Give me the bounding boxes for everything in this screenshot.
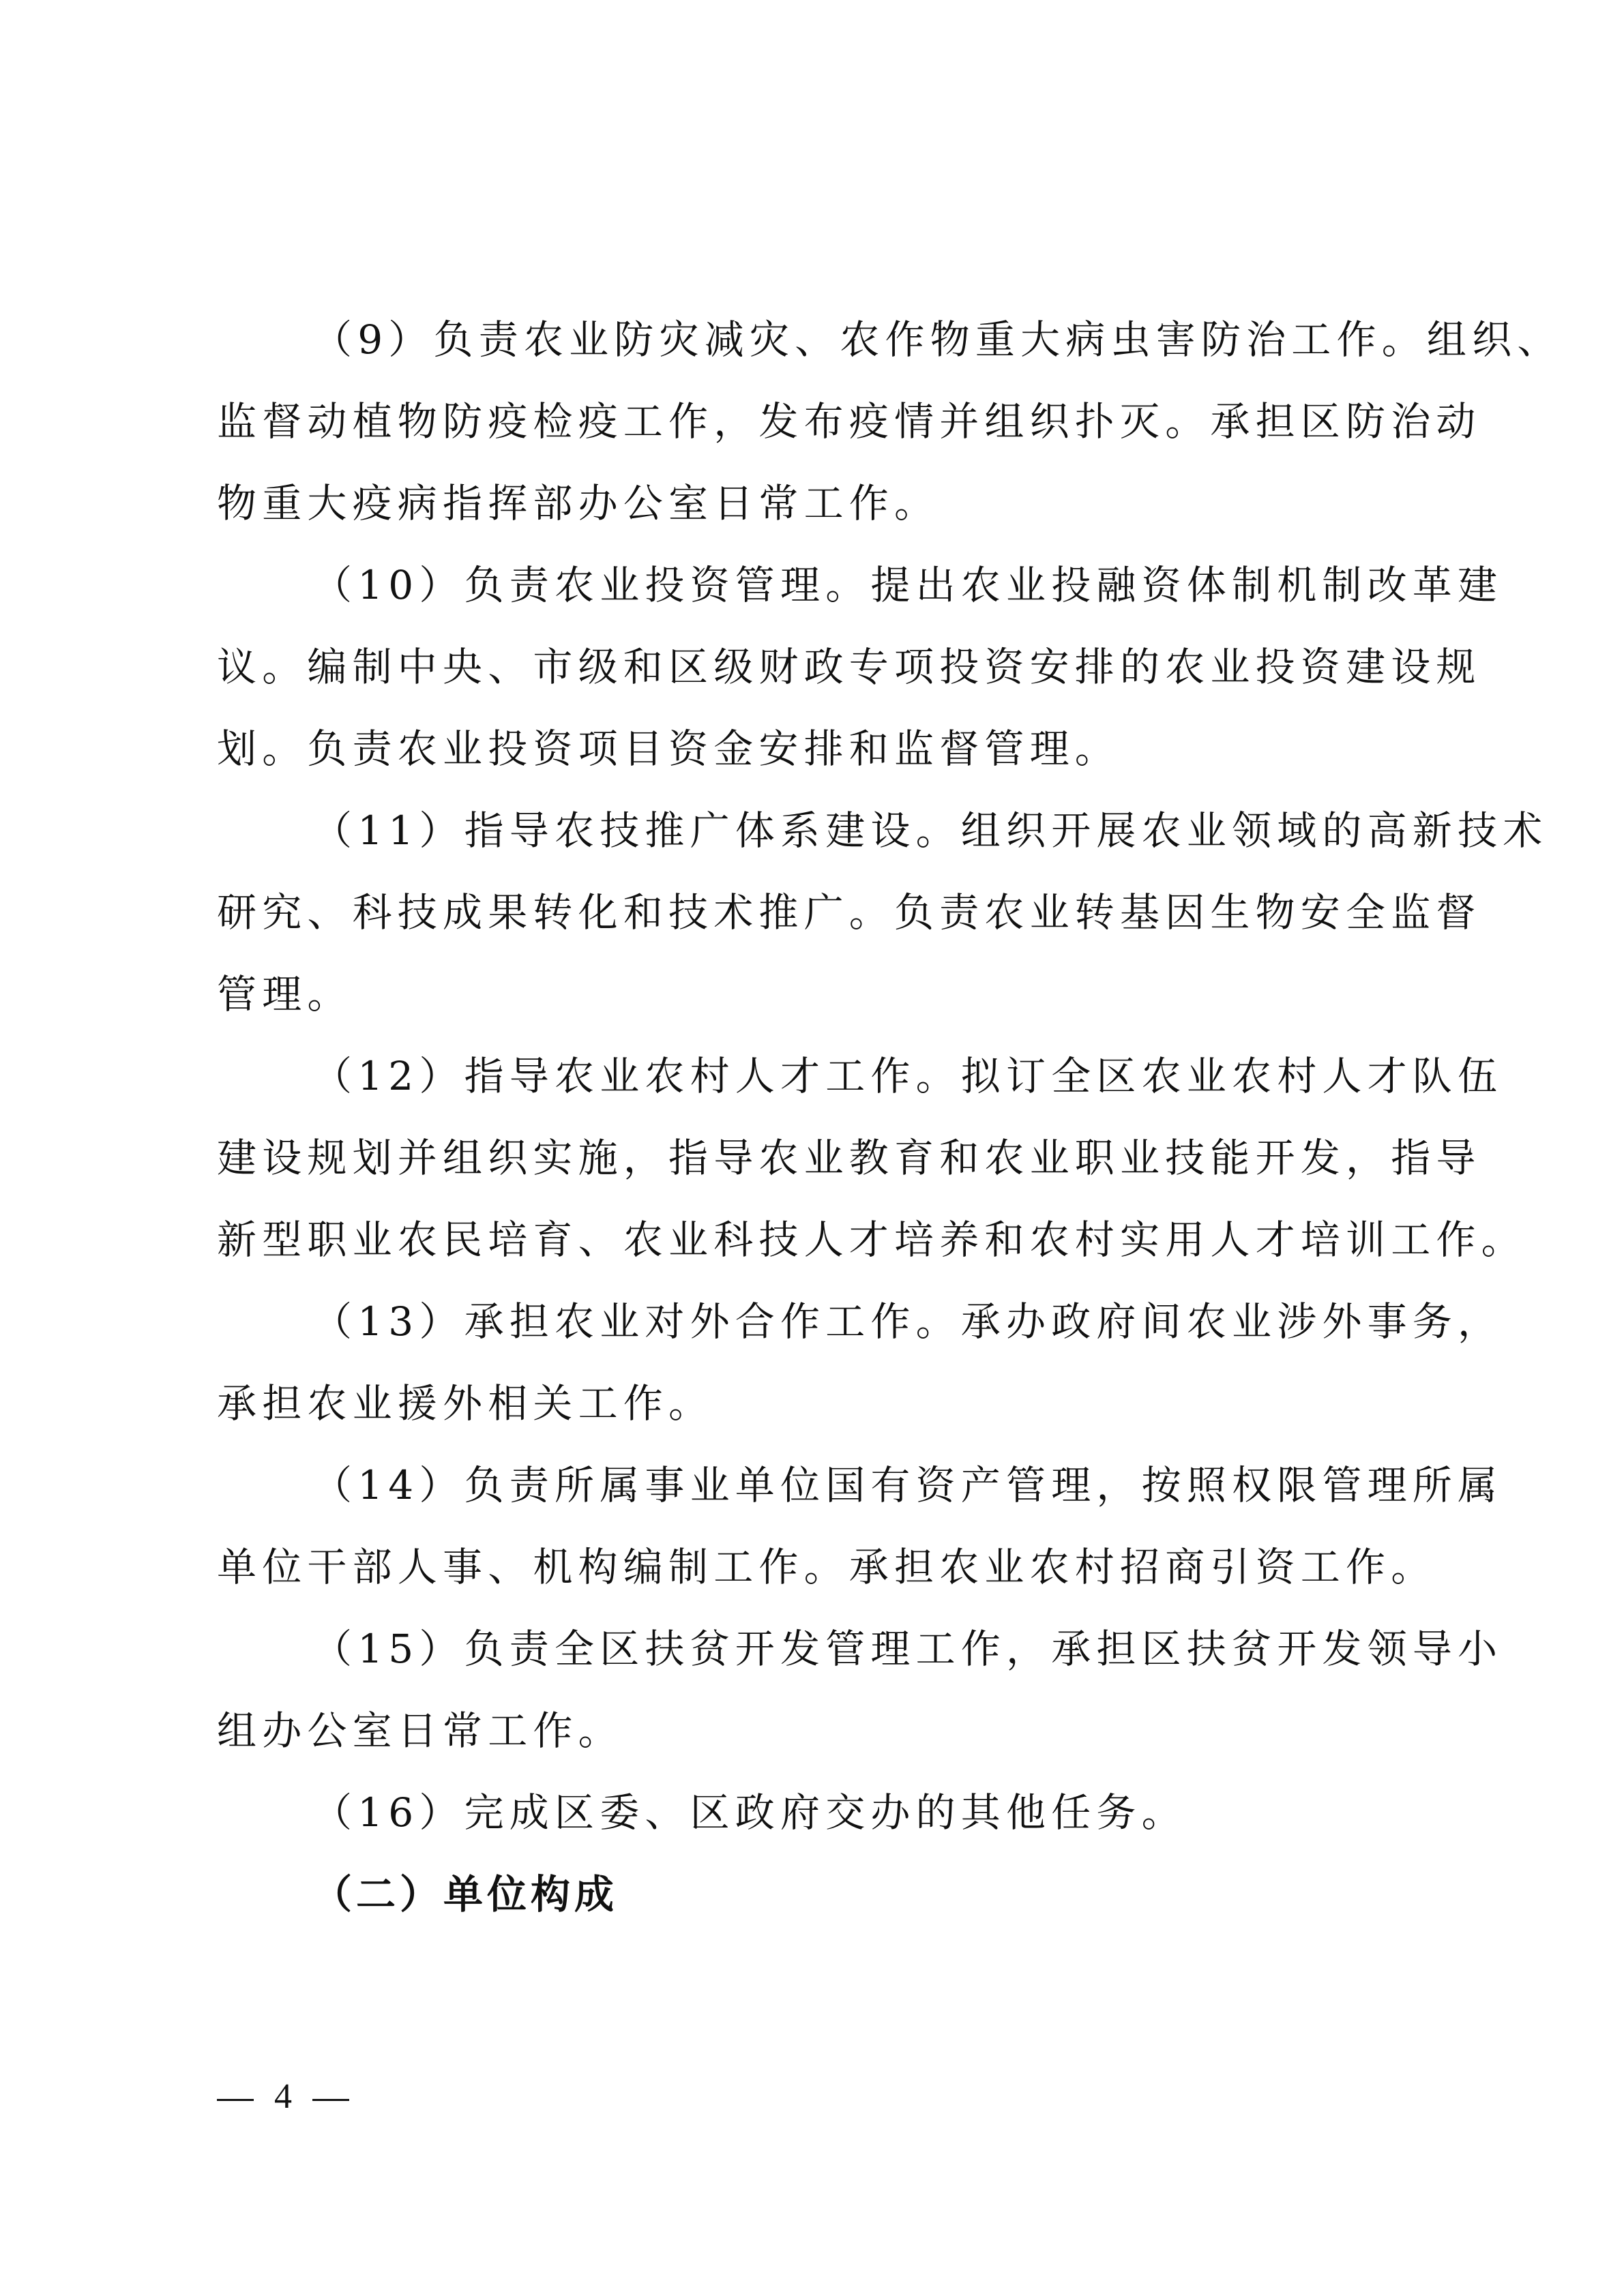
paragraph-line: 建设规划并组织实施，指导农业教育和农业职业技能开发，指导 bbox=[217, 1117, 1445, 1199]
paragraph-line: （13）承担农业对外合作工作。承办政府间农业涉外事务， bbox=[217, 1281, 1445, 1362]
paragraph-item-14: （14）负责所属事业单位国有资产管理，按照权限管理所属 单位干部人事、机构编制工… bbox=[217, 1444, 1445, 1608]
paragraph-item-15: （15）负责全区扶贫开发管理工作，承担区扶贫开发领导小 组办公室日常工作。 bbox=[217, 1608, 1445, 1772]
paragraph-line: 研究、科技成果转化和技术推广。负责农业转基因生物安全监督 bbox=[217, 871, 1445, 953]
footer-dash-left bbox=[217, 2099, 254, 2101]
paragraph-line: （15）负责全区扶贫开发管理工作，承担区扶贫开发领导小 bbox=[217, 1608, 1445, 1690]
paragraph-item-12: （12）指导农业农村人才工作。拟订全区农业农村人才队伍 建设规划并组织实施，指导… bbox=[217, 1035, 1445, 1281]
document-page: （9）负责农业防灾减灾、农作物重大病虫害防治工作。组织、 监督动植物防疫检疫工作… bbox=[0, 0, 1624, 2296]
paragraph-line: （14）负责所属事业单位国有资产管理，按照权限管理所属 bbox=[217, 1444, 1445, 1526]
paragraph-line: 管理。 bbox=[217, 953, 1445, 1035]
paragraph-line: 单位干部人事、机构编制工作。承担农业农村招商引资工作。 bbox=[217, 1526, 1445, 1608]
paragraph-line: 划。负责农业投资项目资金安排和监督管理。 bbox=[217, 708, 1445, 790]
paragraph-line: 组办公室日常工作。 bbox=[217, 1690, 1445, 1772]
paragraph-line: 新型职业农民培育、农业科技人才培养和农村实用人才培训工作。 bbox=[217, 1199, 1445, 1281]
paragraph-item-13: （13）承担农业对外合作工作。承办政府间农业涉外事务， 承担农业援外相关工作。 bbox=[217, 1281, 1445, 1444]
footer-dash-right bbox=[312, 2099, 349, 2101]
paragraph-line: （12）指导农业农村人才工作。拟订全区农业农村人才队伍 bbox=[217, 1035, 1445, 1117]
paragraph-line: （16）完成区委、区政府交办的其他任务。 bbox=[217, 1772, 1445, 1853]
paragraph-line: （10）负责农业投资管理。提出农业投融资体制机制改革建 bbox=[217, 544, 1445, 626]
paragraph-line: 承担农业援外相关工作。 bbox=[217, 1362, 1445, 1444]
page-footer: 4 bbox=[217, 2073, 349, 2121]
paragraph-item-11: （11）指导农技推广体系建设。组织开展农业领域的高新技术 研究、科技成果转化和技… bbox=[217, 790, 1445, 1035]
paragraph-line: （11）指导农技推广体系建设。组织开展农业领域的高新技术 bbox=[217, 790, 1445, 871]
paragraph-item-9: （9）负责农业防灾减灾、农作物重大病虫害防治工作。组织、 监督动植物防疫检疫工作… bbox=[217, 299, 1445, 544]
paragraph-line: 监督动植物防疫检疫工作，发布疫情并组织扑灭。承担区防治动 bbox=[217, 381, 1445, 462]
paragraph-line: 物重大疫病指挥部办公室日常工作。 bbox=[217, 462, 1445, 544]
document-body: （9）负责农业防灾减灾、农作物重大病虫害防治工作。组织、 监督动植物防疫检疫工作… bbox=[217, 299, 1445, 1935]
paragraph-item-10: （10）负责农业投资管理。提出农业投融资体制机制改革建 议。编制中央、市级和区级… bbox=[217, 544, 1445, 790]
section-heading: （二）单位构成 bbox=[217, 1853, 1445, 1935]
page-number: 4 bbox=[274, 2073, 292, 2121]
paragraph-item-16: （16）完成区委、区政府交办的其他任务。 bbox=[217, 1772, 1445, 1853]
paragraph-line: 议。编制中央、市级和区级财政专项投资安排的农业投资建设规 bbox=[217, 626, 1445, 708]
paragraph-line: （9）负责农业防灾减灾、农作物重大病虫害防治工作。组织、 bbox=[217, 299, 1445, 381]
